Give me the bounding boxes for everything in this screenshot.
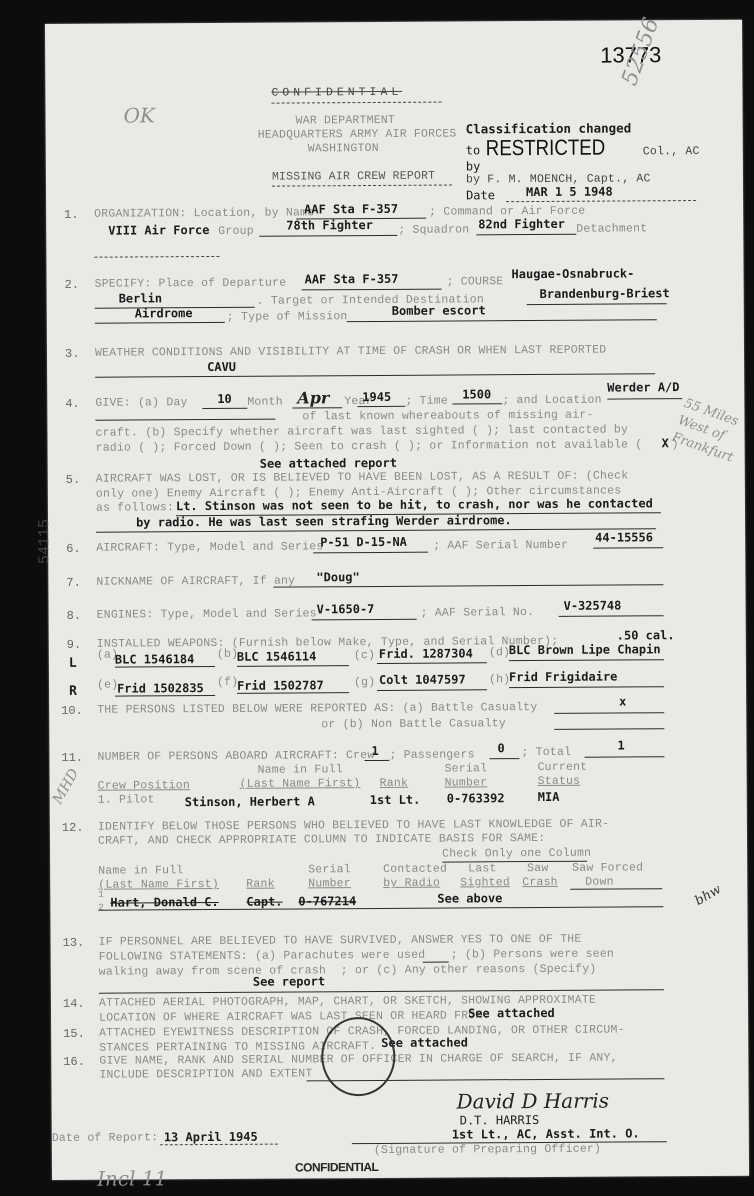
weapon-h: Frid Frigidaire — [509, 670, 617, 685]
battle-casualty-mark: x — [619, 694, 626, 708]
headquarters: HEADQUARTERS ARMY AIR FORCES — [258, 127, 457, 141]
left-wing-label: L — [69, 656, 77, 671]
weapon-e: Frid 1502835 — [117, 681, 204, 696]
mission-value: Bomber escort — [392, 303, 486, 318]
witness-serial: 0-767214 — [298, 894, 356, 908]
total-count: 1 — [617, 738, 624, 752]
caliber-value: .50 cal. — [617, 628, 675, 642]
location-value: AAF Sta F-357 — [304, 202, 398, 217]
crew-rank: 1st Lt. — [370, 793, 421, 807]
squadron-value: 82nd Fighter — [478, 217, 565, 232]
signer-name: D.T. HARRIS — [460, 1113, 540, 1127]
crew-name: Stinson, Herbert A — [185, 794, 315, 809]
signature: David D Harris — [457, 1089, 610, 1114]
restricted-label: RESTRICTED — [486, 135, 606, 162]
nickname-value: "Doug" — [316, 570, 359, 584]
month-value: Apr — [297, 388, 329, 407]
info-not-available-mark: X — [662, 436, 669, 450]
city: WASHINGTON — [308, 142, 379, 155]
engine-type-value: V-1650-7 — [317, 602, 375, 616]
passenger-count: 0 — [497, 741, 504, 755]
seal-stamp — [321, 1017, 395, 1096]
margin-initials: MHD — [50, 766, 83, 807]
handwritten-inclosure: Incl 11 — [97, 1166, 167, 1190]
page-title: MISSING AIR CREW REPORT — [272, 170, 435, 184]
witness-name: Hart, Donald C. — [110, 895, 218, 910]
report-date: 13 April 1945 — [164, 1130, 258, 1145]
witness-note: See above — [437, 891, 502, 905]
departure-value: AAF Sta F-357 — [305, 272, 399, 287]
weapon-c: Frid. 1287304 — [379, 646, 473, 661]
time-value: 1500 — [462, 387, 491, 401]
crew-serial: 0-763392 — [447, 791, 505, 805]
document-page: 13773 52556 OK CONFIDENTIAL WAR DEPARTME… — [45, 20, 749, 1180]
classification-struck: CONFIDENTIAL — [271, 86, 402, 100]
crew-status: MIA — [538, 790, 560, 804]
signature-caption: (Signature of Preparing Officer) — [374, 1143, 601, 1157]
weapon-b: BLC 1546114 — [237, 649, 317, 663]
right-wing-label: R — [69, 684, 77, 699]
day-value: 10 — [217, 392, 232, 406]
year-value: 1945 — [362, 390, 391, 404]
engine-serial-value: V-325748 — [564, 598, 622, 612]
weapon-f: Frid 1502787 — [237, 678, 324, 693]
aircraft-serial-value: 44-15556 — [595, 530, 653, 544]
cause-value-1: Lt. Stinson was not seen to be hit, to c… — [176, 496, 653, 513]
cause-value-2: by radio. He was last seen strafing Werd… — [136, 513, 512, 529]
weapon-d: BLC Brown Lipe Chapin — [509, 642, 661, 657]
course-value: Haugae-Osnabruck- — [511, 266, 634, 281]
location-value: Werder A/D — [607, 380, 679, 394]
margin-number: 54115 — [36, 519, 53, 564]
target-value: Brandenburg-Briest — [540, 286, 670, 301]
aircraft-type-value: P-51 D-15-NA — [320, 535, 407, 550]
signer-rank: 1st Lt., AC, Asst. Int. O. — [452, 1126, 640, 1141]
handwritten-ok: OK — [123, 103, 154, 127]
weapon-g: Colt 1047597 — [379, 672, 466, 687]
group-value: 78th Fighter — [286, 218, 373, 233]
handwritten-initials: bhw — [692, 882, 724, 909]
weather-value: CAVU — [207, 360, 236, 374]
handwritten-location-note: 55 Miles West of Frankfurt — [669, 395, 744, 466]
witness-rank: Capt. — [246, 895, 282, 909]
see-attached-report: See attached report — [260, 456, 397, 471]
crew-count: 1 — [371, 744, 378, 758]
air-force-value: VIII Air Force — [108, 223, 209, 238]
date-label: Date of Report: — [52, 1131, 159, 1145]
weapon-a: BLC 1546184 — [115, 652, 195, 666]
survival-value: See report — [253, 974, 325, 988]
department: WAR DEPARTMENT — [296, 114, 395, 128]
footer-classification: CONFIDENTIAL — [295, 1160, 378, 1175]
photo-value: See attached — [468, 1006, 555, 1021]
